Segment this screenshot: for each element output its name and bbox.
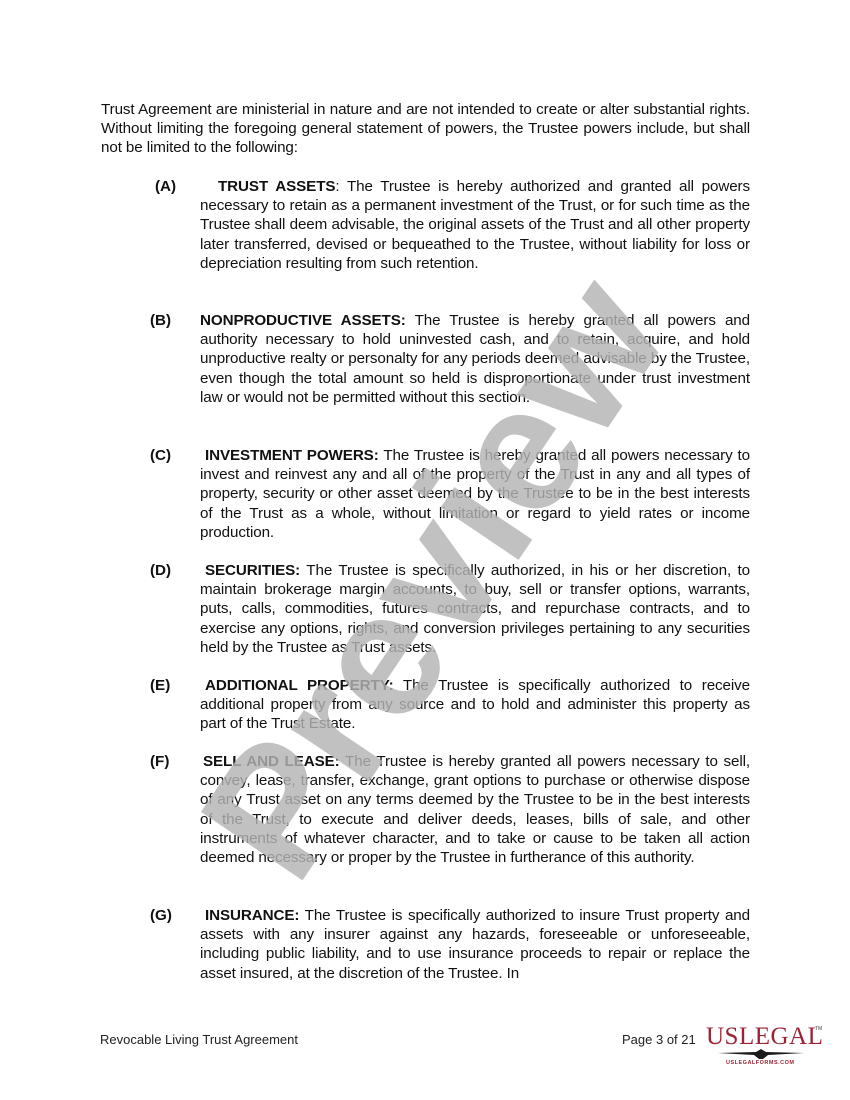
- section-e: (E) ADDITIONAL PROPERTY: The Trustee is …: [150, 676, 750, 734]
- logo-wordmark: USLEGAL: [706, 1024, 823, 1049]
- section-body: INSURANCE: The Trustee is specifically a…: [200, 906, 750, 983]
- uslegal-logo[interactable]: USLEGAL TM USLEGALFORMS.COM: [706, 1024, 824, 1070]
- document-page: Trust Agreement are ministerial in natur…: [0, 0, 850, 1100]
- section-label: (E): [150, 676, 195, 695]
- section-label: (F): [150, 752, 195, 771]
- section-title: ADDITIONAL PROPERTY:: [205, 677, 394, 694]
- section-title: INSURANCE:: [205, 907, 299, 924]
- section-title: INVESTMENT POWERS:: [205, 447, 379, 464]
- section-body: ADDITIONAL PROPERTY: The Trustee is spec…: [200, 676, 750, 734]
- footer-document-title: Revocable Living Trust Agreement: [100, 1032, 298, 1047]
- section-label: (D): [150, 561, 195, 580]
- section-title: NONPRODUCTIVE ASSETS:: [200, 312, 406, 329]
- trademark-mark: TM: [815, 1026, 822, 1032]
- section-label: (B): [150, 311, 195, 330]
- section-g: (G) INSURANCE: The Trustee is specifical…: [150, 906, 750, 983]
- logo-url: USLEGALFORMS.COM: [726, 1060, 795, 1066]
- intro-paragraph: Trust Agreement are ministerial in natur…: [101, 100, 750, 158]
- section-body: SECURITIES: The Trustee is specifically …: [200, 561, 750, 657]
- eagle-icon: [716, 1048, 806, 1060]
- section-label: (C): [150, 446, 195, 465]
- section-d: (D) SECURITIES: The Trustee is specifica…: [150, 561, 750, 657]
- section-body: INVESTMENT POWERS: The Trustee is hereby…: [200, 446, 750, 542]
- section-title: SECURITIES:: [205, 562, 300, 579]
- section-title: TRUST ASSETS: [218, 178, 335, 195]
- section-label: (A): [155, 177, 200, 196]
- section-body: SELL AND LEASE: The Trustee is hereby gr…: [200, 752, 750, 867]
- section-body: NONPRODUCTIVE ASSETS: The Trustee is her…: [200, 311, 750, 407]
- section-f: (F) SELL AND LEASE: The Trustee is hereb…: [150, 752, 750, 867]
- section-body: TRUST ASSETS: The Trustee is hereby auth…: [200, 177, 750, 273]
- section-title: SELL AND LEASE:: [203, 753, 340, 770]
- section-c: (C) INVESTMENT POWERS: The Trustee is he…: [150, 446, 750, 542]
- section-b: (B) NONPRODUCTIVE ASSETS: The Trustee is…: [150, 311, 750, 407]
- page-number: Page 3 of 21: [622, 1032, 696, 1047]
- section-a: (A) TRUST ASSETS: The Trustee is hereby …: [150, 177, 750, 273]
- section-label: (G): [150, 906, 195, 925]
